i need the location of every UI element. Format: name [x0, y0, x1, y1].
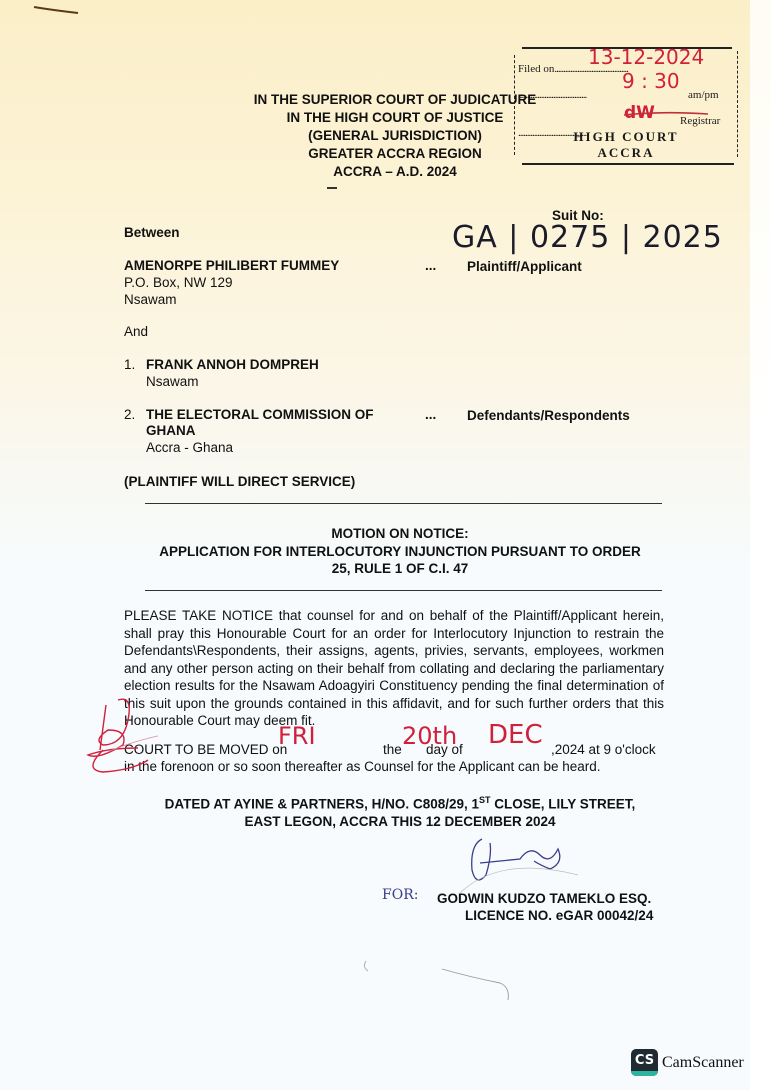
camscanner-brand: CamScanner [662, 1054, 744, 1072]
and-label: And [124, 323, 148, 340]
camscanner-watermark: CS CamScanner [631, 1049, 744, 1076]
handwritten-for-label: FOR: [382, 887, 418, 903]
handwritten-time: 9 : 30 [622, 69, 680, 93]
header-line: GREATER ACCRA REGION [230, 145, 560, 163]
handwritten-month: DEC [488, 720, 543, 750]
plaintiff-address-1: P.O. Box, NW 129 [124, 274, 233, 291]
handwritten-filed-date: 13-12-2024 [588, 45, 704, 69]
between-label: Between [124, 224, 180, 241]
handwritten-suit-number: GA | 0275 | 2025 [452, 220, 723, 255]
court-header: IN THE SUPERIOR COURT OF JUDICATURE IN T… [230, 91, 560, 181]
stamp-court: HIGH COURT [512, 129, 740, 145]
defendant-1-number: 1. [124, 356, 135, 373]
header-line: (GENERAL JURISDICTION) [230, 127, 560, 145]
hearing-text: ,2024 at 9 o'clock [551, 741, 656, 758]
stray-marks [360, 955, 520, 1015]
plaintiff-ellipsis: ... [425, 257, 436, 274]
filed-on-label: Filed on [518, 63, 554, 75]
defendants-role: Defendants/Respondents [467, 407, 630, 424]
header-dash [327, 187, 337, 189]
dated-block: DATED AT AYINE & PARTNERS, H/NO. C808/29… [120, 792, 680, 831]
filing-stamp: Filed on................................… [512, 45, 740, 167]
plaintiff-name: AMENORPE PHILIBERT FUMMEY [124, 257, 339, 274]
defendant-1-address: Nsawam [146, 373, 199, 390]
hearing-text: the [383, 741, 402, 758]
motion-title-line: MOTION ON NOTICE: [120, 525, 680, 543]
stamp-city: ACCRA [512, 145, 740, 161]
registrar-label: Registrar [680, 115, 720, 127]
divider [145, 590, 662, 591]
motion-title-line: APPLICATION FOR INTERLOCUTORY INJUNCTION… [120, 543, 680, 561]
header-line: ACCRA – A.D. 2024 [230, 163, 560, 181]
notice-body: that counsel for and on behalf of the Pl… [124, 608, 664, 728]
notice-lead: PLEASE TAKE NOTICE [124, 608, 273, 623]
signature-scribble [460, 835, 580, 895]
plaintiff-address-2: Nsawam [124, 291, 177, 308]
handwritten-day-name: FRI [278, 722, 316, 750]
handwritten-margin-initial [78, 690, 158, 785]
divider [145, 503, 662, 504]
am-pm-label: am/pm [688, 89, 719, 101]
service-note: (PLAINTIFF WILL DIRECT SERVICE) [124, 473, 355, 490]
licence-number: LICENCE NO. eGAR 00042/24 [465, 907, 653, 924]
header-line: IN THE HIGH COURT OF JUSTICE [230, 109, 560, 127]
hearing-text: day of [426, 741, 463, 758]
motion-title: MOTION ON NOTICE: APPLICATION FOR INTERL… [120, 525, 680, 578]
defendant-1-name: FRANK ANNOH DOMPREH [146, 356, 319, 373]
page-edge [750, 0, 770, 1090]
defendant-2-name: THE ELECTORAL COMMISSION OF [146, 406, 374, 423]
defendants-ellipsis: ... [425, 406, 436, 423]
plaintiff-role: Plaintiff/Applicant [467, 258, 582, 275]
hearing-line-2: in the forenoon or so soon thereafter as… [124, 758, 601, 775]
motion-title-line: 25, RULE 1 OF C.I. 47 [120, 560, 680, 578]
notice-paragraph: PLEASE TAKE NOTICE that counsel for and … [124, 607, 664, 730]
signer-name: GODWIN KUDZO TAMEKLO ESQ. [437, 890, 651, 907]
pen-mark [32, 4, 82, 16]
defendant-2-number: 2. [124, 406, 135, 423]
header-line: IN THE SUPERIOR COURT OF JUDICATURE [230, 91, 560, 109]
defendant-2-name-cont: GHANA [146, 422, 196, 439]
defendant-2-address: Accra - Ghana [146, 439, 233, 456]
camscanner-logo-icon: CS [631, 1049, 658, 1076]
